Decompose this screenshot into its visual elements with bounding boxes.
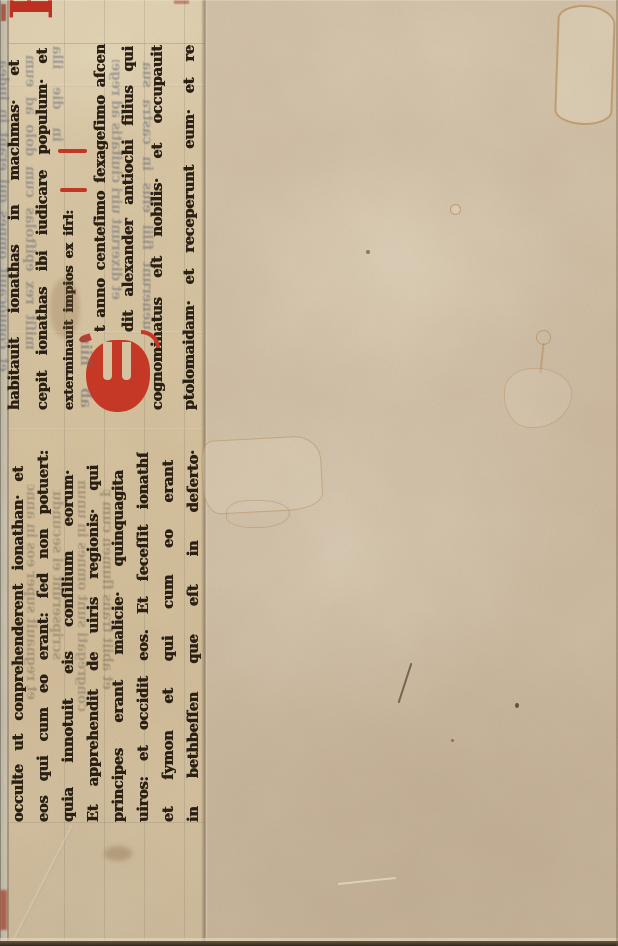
crease-line xyxy=(6,428,205,431)
manuscript-text-line: cognominatus eſt nobilis· et occupauit xyxy=(145,45,171,410)
red-ink-mark xyxy=(1,4,6,21)
manuscript-text-line: dit alexander antiochi filius qui xyxy=(116,46,142,332)
manuscript-text-line: eos qui cum eo erant: ſed non potuert: xyxy=(31,450,57,822)
chapter-numeral-bar xyxy=(58,149,87,153)
initial-e-counter xyxy=(122,342,131,380)
manuscript-text-line: quia innotuit eis conſilium eorum· xyxy=(56,470,82,822)
stain-dot xyxy=(450,204,461,215)
manuscript-text-line: et ſymon et qui cum eo erant xyxy=(156,460,182,822)
initial-e-counter xyxy=(103,342,112,380)
red-ink-smear xyxy=(0,890,7,930)
manuscript-text-line: Et apprehendit de uiris regionis· qui xyxy=(81,465,107,822)
chapter-numeral-bar xyxy=(60,188,87,192)
manuscript-text-line: uiros: et occidit eos. Et ſeceſſit ionat… xyxy=(131,452,157,822)
speck xyxy=(366,250,370,254)
bottom-edge xyxy=(0,941,618,946)
water-stain xyxy=(226,500,290,528)
manuscript-text-line: principes erant malicie· quinquagita xyxy=(106,470,132,822)
manuscript-text-line: occulte ut conprehenderent ionathan· et xyxy=(6,466,32,822)
speck xyxy=(515,703,519,708)
bleedthrough-text: ab hiis xyxy=(73,336,99,408)
initial-e-letter: E xyxy=(0,0,62,34)
water-stain xyxy=(554,4,616,126)
manuscript-text-line: in bethbeſſen que eſt in deſerto· xyxy=(181,450,207,822)
manuscript-text-line: ptolomaidam· et receperunt eum· et re xyxy=(177,45,203,410)
speck xyxy=(451,739,454,742)
manuscript-text-line: habitauit ionathas in machmas· et xyxy=(2,60,28,410)
ruling-line-bottom xyxy=(6,822,205,823)
vellum-book-cover: et conuocauit omnes qui erant in iudea m… xyxy=(0,0,618,946)
top-edge xyxy=(0,0,618,1)
manuscript-text-line: t anno centeſimo ſexageſimo aſcen xyxy=(88,44,114,332)
ink-smudge xyxy=(50,278,80,338)
manuscript-text-line: cepit ionathas ibi iudicare populum· et xyxy=(30,48,56,410)
ink-smudge xyxy=(104,846,132,861)
